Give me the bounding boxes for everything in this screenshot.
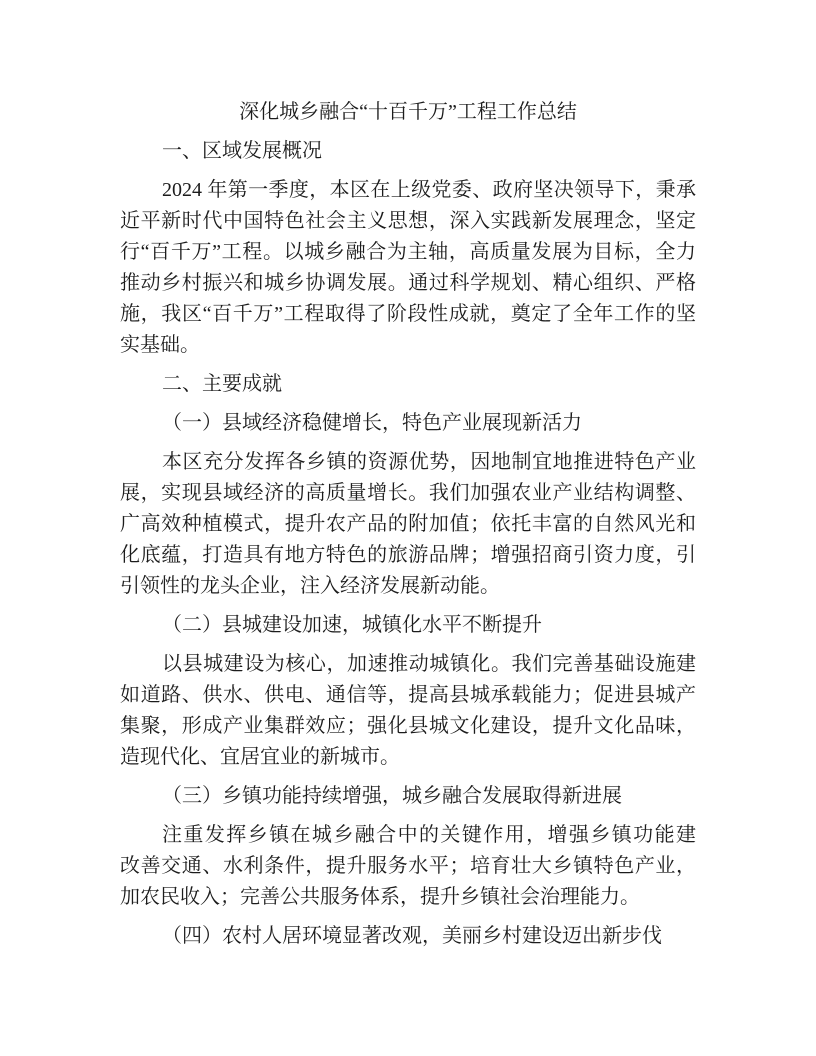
paragraph-line: 2024 年第一季度，本区在上级党委、政府坚决领导下，秉承习: [120, 175, 696, 206]
paragraph: 注重发挥乡镇在城乡融合中的关键作用，增强乡镇功能建设。改善交通、水利条件，提升服…: [120, 820, 696, 913]
paragraph-line: 注重发挥乡镇在城乡融合中的关键作用，增强乡镇功能建设。: [120, 820, 696, 851]
paragraph-line: 近平新时代中国特色社会主义思想，深入实践新发展理念，坚定执: [120, 206, 696, 237]
paragraph-line: 集聚，形成产业集群效应；强化县城文化建设，提升文化品味，打: [120, 711, 696, 742]
section-heading: （三）乡镇功能持续增强，城乡融合发展取得新进展: [120, 781, 696, 812]
paragraph-line: 本区充分发挥各乡镇的资源优势，因地制宜地推进特色产业发: [120, 447, 696, 478]
paragraph: 本区充分发挥各乡镇的资源优势，因地制宜地推进特色产业发展，实现县域经济的高质量增…: [120, 447, 696, 602]
document-content: 深化城乡融合“十百千万”工程工作总结 一、区域发展概况2024 年第一季度，本区…: [0, 0, 816, 952]
document-page: 深化城乡融合“十百千万”工程工作总结 一、区域发展概况2024 年第一季度，本区…: [0, 0, 816, 1056]
paragraph-line: 化底蕴，打造具有地方特色的旅游品牌；增强招商引资力度，引入: [120, 540, 696, 571]
paragraph-line: 施，我区“百千万”工程取得了阶段性成就，奠定了全年工作的坚: [120, 299, 696, 330]
paragraph-line: 推动乡村振兴和城乡协调发展。通过科学规划、精心组织、严格实: [120, 268, 696, 299]
paragraph-line: 如道路、供水、供电、通信等，提高县城承载能力；促进县城产业: [120, 680, 696, 711]
paragraph-line: 改善交通、水利条件，提升服务水平；培育壮大乡镇特色产业，增: [120, 851, 696, 882]
paragraph-line: 行“百千万”工程。以城乡融合为主轴，高质量发展为目标，全力: [120, 237, 696, 268]
paragraph-line: 造现代化、宜居宜业的新城市。: [120, 742, 696, 773]
paragraph-line: 展，实现县域经济的高质量增长。我们加强农业产业结构调整、推: [120, 478, 696, 509]
document-title: 深化城乡融合“十百千万”工程工作总结: [120, 97, 696, 128]
section-heading: （一）县域经济稳健增长，特色产业展现新活力: [120, 408, 696, 439]
section-heading: （四）农村人居环境显著改观，美丽乡村建设迈出新步伐: [120, 921, 696, 952]
paragraph: 以县城建设为核心，加速推动城镇化。我们完善基础设施建设，如道路、供水、供电、通信…: [120, 649, 696, 773]
paragraph-line: 广高效种植模式，提升农产品的附加值；依托丰富的自然风光和文: [120, 509, 696, 540]
paragraph-line: 实基础。: [120, 330, 696, 361]
paragraph-line: 引领性的龙头企业，注入经济发展新动能。: [120, 571, 696, 602]
section-heading: 二、主要成就: [120, 369, 696, 400]
section-heading: 一、区域发展概况: [120, 136, 696, 167]
paragraph-line: 加农民收入；完善公共服务体系，提升乡镇社会治理能力。: [120, 882, 696, 913]
paragraph-line: 以县城建设为核心，加速推动城镇化。我们完善基础设施建设，: [120, 649, 696, 680]
paragraph: 2024 年第一季度，本区在上级党委、政府坚决领导下，秉承习近平新时代中国特色社…: [120, 175, 696, 361]
document-body: 一、区域发展概况2024 年第一季度，本区在上级党委、政府坚决领导下，秉承习近平…: [120, 136, 696, 952]
section-heading: （二）县城建设加速，城镇化水平不断提升: [120, 610, 696, 641]
